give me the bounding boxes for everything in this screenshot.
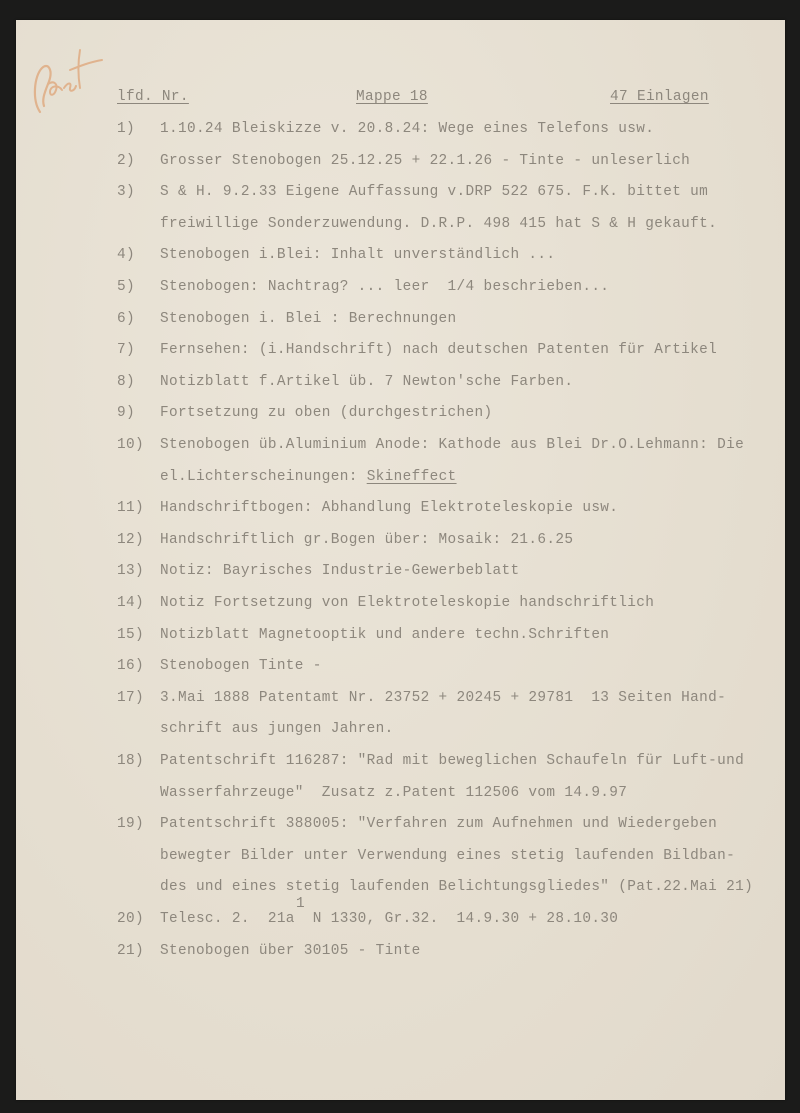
entry-text: S & H. 9.2.33 Eigene Auffassung v.DRP 52…: [160, 184, 708, 200]
header-mappe: Mappe 18: [356, 89, 428, 105]
entry-text-continuation: schrift aus jungen Jahren.: [160, 721, 394, 737]
entry-text-continuation: bewegter Bilder unter Verwendung eines s…: [160, 848, 735, 864]
entry-number: 16): [117, 658, 144, 674]
entry-text: Stenobogen: Nachtrag? ... leer 1/4 besch…: [160, 279, 609, 295]
entry-number: 1): [117, 121, 135, 137]
entry-text: Stenobogen Tinte -: [160, 658, 322, 674]
entry-number: 6): [117, 311, 135, 327]
entry-number: 17): [117, 690, 144, 706]
entry-text-continuation: freiwillige Sonderzuwendung. D.R.P. 498 …: [160, 216, 717, 232]
entry-text: Notizblatt Magnetooptik und andere techn…: [160, 627, 609, 643]
entry-text: Notiz Fortsetzung von Elektroteleskopie …: [160, 595, 654, 611]
entry-number: 13): [117, 563, 144, 579]
entry-text-continuation: des und eines stetig laufenden Belichtun…: [160, 879, 753, 895]
entry-text: Fernsehen: (i.Handschrift) nach deutsche…: [160, 342, 717, 358]
entry-text-continuation: Wasserfahrzeuge" Zusatz z.Patent 112506 …: [160, 785, 627, 801]
entry-text: 1.10.24 Bleiskizze v. 20.8.24: Wege eine…: [160, 121, 654, 137]
entry-text: Handschriftlich gr.Bogen über: Mosaik: 2…: [160, 532, 573, 548]
entry-number: 2): [117, 153, 135, 169]
entry-text: Stenobogen über 30105 - Tinte: [160, 943, 421, 959]
underlined-term: Skineffect: [367, 469, 457, 485]
entry-number: 19): [117, 816, 144, 832]
entry-text: Notizblatt f.Artikel üb. 7 Newton'sche F…: [160, 374, 573, 390]
entry-number: 12): [117, 532, 144, 548]
entry-number: 20): [117, 911, 144, 927]
entry-text: Stenobogen i. Blei : Berechnungen: [160, 311, 457, 327]
entry-text: Stenobogen üb.Aluminium Anode: Kathode a…: [160, 437, 744, 453]
entry-number: 18): [117, 753, 144, 769]
entry-number: 14): [117, 595, 144, 611]
entry-text: Patentschrift 116287: "Rad mit beweglich…: [160, 753, 744, 769]
entry-number: 4): [117, 247, 135, 263]
entry-text: Stenobogen i.Blei: Inhalt unverständlich…: [160, 247, 555, 263]
entry-text: Handschriftbogen: Abhandlung Elektrotele…: [160, 500, 618, 516]
handwritten-annotation: [28, 40, 108, 120]
entry-number: 21): [117, 943, 144, 959]
document-page: [16, 20, 785, 1100]
entry-number: 9): [117, 405, 135, 421]
entry-text: Grosser Stenobogen 25.12.25 + 22.1.26 - …: [160, 153, 690, 169]
entry-superscript: 1: [296, 896, 305, 912]
entry-number: 11): [117, 500, 144, 516]
entry-text: Fortsetzung zu oben (durchgestrichen): [160, 405, 492, 421]
entry-number: 7): [117, 342, 135, 358]
entry-number: 5): [117, 279, 135, 295]
header-einlagen: 47 Einlagen: [610, 89, 709, 105]
entry-text: Notiz: Bayrisches Industrie-Gewerbeblatt: [160, 563, 519, 579]
entry-number: 10): [117, 437, 144, 453]
entry-text: Telesc. 2. 21a N 1330, Gr.32. 14.9.30 + …: [160, 911, 618, 927]
entry-number: 8): [117, 374, 135, 390]
entry-text: Patentschrift 388005: "Verfahren zum Auf…: [160, 816, 717, 832]
entry-text: 3.Mai 1888 Patentamt Nr. 23752 + 20245 +…: [160, 690, 726, 706]
entry-number: 3): [117, 184, 135, 200]
header-lfd-nr: lfd. Nr.: [117, 89, 189, 105]
entry-text-continuation: el.Lichterscheinungen: Skineffect: [160, 469, 457, 485]
entry-number: 15): [117, 627, 144, 643]
